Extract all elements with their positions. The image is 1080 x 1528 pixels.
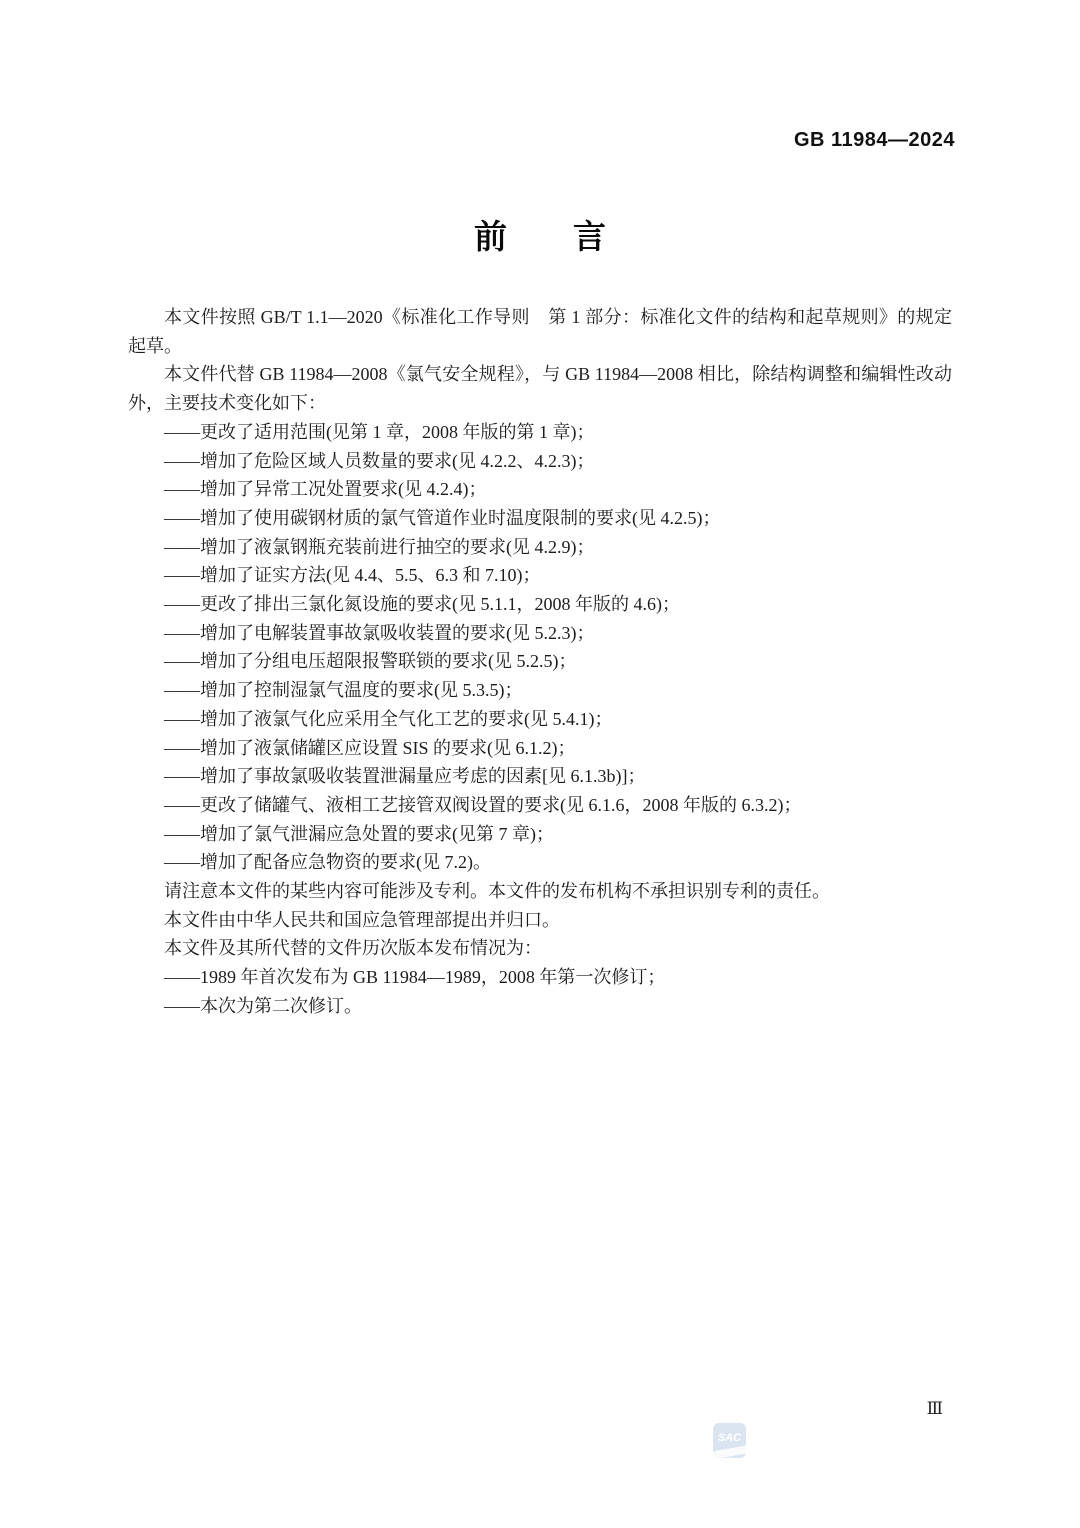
document-page: GB 11984—2024 前 言 本文件按照 GB/T 1.1—2020《标准…: [0, 0, 1080, 1528]
change-list-item: ——增加了危险区域人员数量的要求(见 4.2.2、4.2.3)；: [128, 447, 952, 476]
change-list-item: ——更改了排出三氯化氮设施的要求(见 5.1.1，2008 年版的 4.6)；: [128, 590, 952, 619]
page-number: Ⅲ: [927, 1399, 943, 1419]
change-list-item: ——增加了证实方法(见 4.4、5.5、6.3 和 7.10)；: [128, 561, 952, 590]
sac-watermark-text: SAC: [715, 1432, 744, 1444]
standard-code: GB 11984—2024: [794, 129, 955, 152]
change-list-item: ——本次为第二次修订。: [128, 992, 952, 1021]
change-list-item: ——1989 年首次发布为 GB 11984—1989，2008 年第一次修订；: [128, 963, 952, 992]
sac-swoosh-shape: [713, 1444, 746, 1458]
change-list-item: ——增加了事故氯吸收装置泄漏量应考虑的因素[见 6.1.3b)]；: [128, 762, 952, 791]
change-list-item: ——更改了适用范围(见第 1 章，2008 年版的第 1 章)；: [128, 418, 952, 447]
sac-watermark-logo: SAC: [713, 1423, 746, 1458]
foreword-paragraph: 本文件按照 GB/T 1.1—2020《标准化工作导则 第 1 部分：标准化文件…: [128, 303, 952, 360]
foreword-paragraph: 本文件代替 GB 11984—2008《氯气安全规程》，与 GB 11984—2…: [128, 360, 952, 417]
foreword-paragraph: 请注意本文件的某些内容可能涉及专利。本文件的发布机构不承担识别专利的责任。: [128, 877, 952, 906]
change-list-item: ——增加了异常工况处置要求(见 4.2.4)；: [128, 475, 952, 504]
change-list-item: ——增加了使用碳钢材质的氯气管道作业时温度限制的要求(见 4.2.5)；: [128, 504, 952, 533]
foreword-title: 前 言: [0, 211, 1080, 258]
foreword-paragraph: 本文件及其所代替的文件历次版本发布情况为：: [128, 934, 952, 963]
foreword-body: 本文件按照 GB/T 1.1—2020《标准化工作导则 第 1 部分：标准化文件…: [128, 303, 952, 1021]
change-list-item: ——更改了储罐气、液相工艺接管双阀设置的要求(见 6.1.6，2008 年版的 …: [128, 791, 952, 820]
change-list-item: ——增加了控制湿氯气温度的要求(见 5.3.5)；: [128, 676, 952, 705]
change-list-item: ——增加了电解装置事故氯吸收装置的要求(见 5.2.3)；: [128, 619, 952, 648]
foreword-paragraph: 本文件由中华人民共和国应急管理部提出并归口。: [128, 906, 952, 935]
change-list-item: ——增加了分组电压超限报警联锁的要求(见 5.2.5)；: [128, 647, 952, 676]
change-list-item: ——增加了液氯储罐区应设置 SIS 的要求(见 6.1.2)；: [128, 734, 952, 763]
change-list-item: ——增加了液氯气化应采用全气化工艺的要求(见 5.4.1)；: [128, 705, 952, 734]
change-list-item: ——增加了液氯钢瓶充装前进行抽空的要求(见 4.2.9)；: [128, 533, 952, 562]
change-list-item: ——增加了配备应急物资的要求(见 7.2)。: [128, 848, 952, 877]
change-list-item: ——增加了氯气泄漏应急处置的要求(见第 7 章)；: [128, 820, 952, 849]
